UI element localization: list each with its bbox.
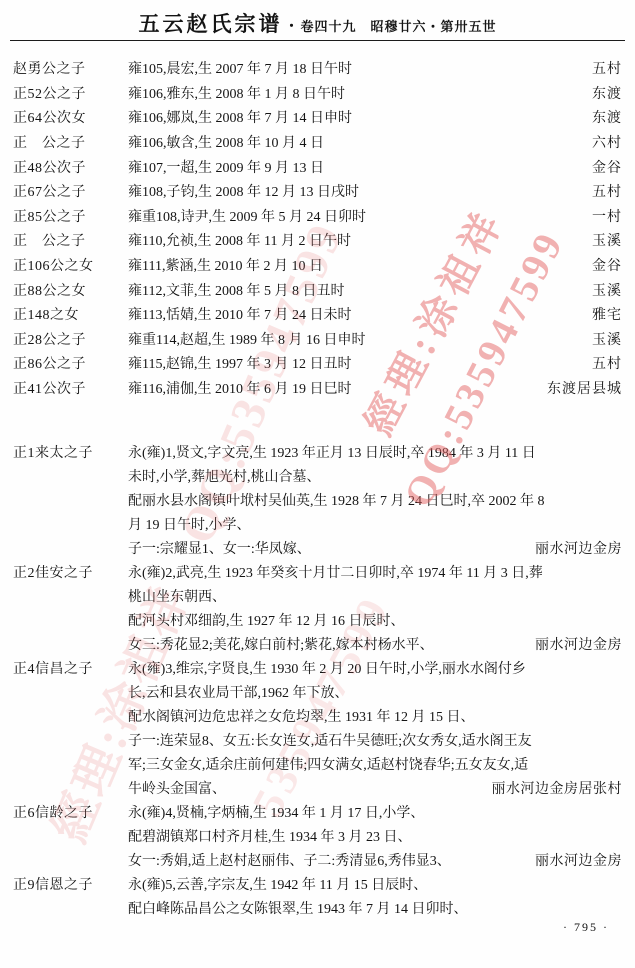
- person-birth-record: 雍105,晨宏,生 2007 年 7 月 18 日午时: [128, 58, 592, 78]
- father-label: 正148之女: [13, 304, 128, 324]
- residence-place: 一村: [592, 206, 622, 226]
- biography-line: 子一:宗耀显1、女一:华凤嫁、 丽水河边金房: [128, 538, 622, 562]
- biography-text: 永(雍)3,维宗,字贤良,生 1930 年 2 月 20 日午时,小学,丽水水阁…: [128, 658, 622, 802]
- birth-register-table: 赵勇公之子 雍105,晨宏,生 2007 年 7 月 18 日午时 五村 正52…: [13, 56, 622, 400]
- biography-text: 永(雍)2,武亮,生 1923 年癸亥十月廿二日卯时,卒 1974 年 11 月…: [128, 562, 622, 658]
- biography-line-text: 女三:秀花显2;美花,嫁白前村;紫花,嫁本村杨水平、: [128, 634, 434, 658]
- person-birth-record: 雍重108,诗尹,生 2009 年 5 月 24 日卯时: [128, 206, 592, 226]
- biography-line: 牛岭头金国富、 丽水河边金房居张村: [128, 778, 622, 802]
- biography-text: 永(雍)4,贤楠,字炳楠,生 1934 年 1 月 17 日,小学、 配碧湖镇郑…: [128, 802, 622, 874]
- person-birth-record: 雍106,雅东,生 2008 年 1 月 8 日午时: [128, 83, 592, 103]
- father-label: 正106公之女: [13, 255, 128, 275]
- biography-entry: 正6信龄之子 永(雍)4,贤楠,字炳楠,生 1934 年 1 月 17 日,小学…: [13, 802, 622, 874]
- person-birth-record: 雍110,允祯,生 2008 年 11 月 2 日午时: [128, 230, 592, 250]
- residence-place: 雅宅: [592, 304, 622, 324]
- register-row: 正 公之子 雍110,允祯,生 2008 年 11 月 2 日午时 玉溪: [13, 228, 622, 253]
- person-birth-record: 雍111,紫涵,生 2010 年 2 月 10 日: [128, 255, 592, 275]
- father-label: 正64公次女: [13, 107, 128, 127]
- residence-place: 五村: [592, 58, 622, 78]
- biography-line-text: 军;三女金女,适余庄前何建伟;四女满女,适赵村饶春华;五女友女,适: [128, 754, 528, 778]
- biography-line: 配丽水县水阁镇叶垘村吴仙英,生 1928 年 7 月 24 日巳时,卒 2002…: [128, 490, 622, 514]
- residence-place: 东渡居县城: [547, 378, 622, 398]
- register-row: 正88公之女 雍112,文菲,生 2008 年 5 月 8 日丑时 玉溪: [13, 277, 622, 302]
- biography-line: 配白峰陈品昌公之女陈银翠,生 1943 年 7 月 14 日卯时、: [128, 898, 622, 922]
- person-birth-record: 雍108,子钧,生 2008 年 12 月 13 日戌时: [128, 181, 592, 201]
- residence-place: 金谷: [592, 157, 622, 177]
- person-birth-record: 雍116,浦伽,生 2010 年 6 月 19 日巳时: [128, 378, 547, 398]
- biography-line-text: 永(雍)2,武亮,生 1923 年癸亥十月廿二日卯时,卒 1974 年 11 月…: [128, 562, 543, 586]
- father-label: 正2佳安之子: [13, 562, 128, 658]
- biography-line-text: 永(雍)3,维宗,字贤良,生 1930 年 2 月 20 日午时,小学,丽水水阁…: [128, 658, 526, 682]
- biography-line: 永(雍)5,云善,字宗友,生 1942 年 11 月 15 日辰时、: [128, 874, 622, 898]
- biography-section: 正1来太之子 永(雍)1,贤文,字文亮,生 1923 年正月 13 日辰时,卒 …: [13, 442, 622, 922]
- father-label: 正1来太之子: [13, 442, 128, 562]
- biography-line: 配河头村邓细韵,生 1927 年 12 月 16 日辰时、: [128, 610, 622, 634]
- register-row: 赵勇公之子 雍105,晨宏,生 2007 年 7 月 18 日午时 五村: [13, 56, 622, 81]
- biography-entry: 正4信昌之子 永(雍)3,维宗,字贤良,生 1930 年 2 月 20 日午时,…: [13, 658, 622, 802]
- father-label: 正67公之子: [13, 181, 128, 201]
- biography-line: 子一:连荣显8、女五:长女连女,适石牛吴德旺;次女秀女,适水阁王友: [128, 730, 622, 754]
- biography-line: 未时,小学,葬旭光村,桃山合墓、: [128, 466, 622, 490]
- father-label: 正88公之女: [13, 280, 128, 300]
- father-label: 正4信昌之子: [13, 658, 128, 802]
- biography-line-text: 子一:宗耀显1、女一:华凤嫁、: [128, 538, 311, 562]
- biography-line-text: 永(雍)4,贤楠,字炳楠,生 1934 年 1 月 17 日,小学、: [128, 802, 424, 826]
- branch-residence-note: 丽水河边金房: [527, 538, 622, 562]
- father-label: 正85公之子: [13, 206, 128, 226]
- father-label: 正41公次子: [13, 378, 128, 398]
- biography-line: 永(雍)3,维宗,字贤良,生 1930 年 2 月 20 日午时,小学,丽水水阁…: [128, 658, 622, 682]
- person-birth-record: 雍重114,赵超,生 1989 年 8 月 16 日申时: [128, 329, 592, 349]
- residence-place: 玉溪: [592, 230, 622, 250]
- page-header: 五云赵氏宗谱・卷四十九 昭穆廿六・第卅五世: [0, 8, 635, 38]
- residence-place: 五村: [592, 353, 622, 373]
- biography-line: 军;三女金女,适余庄前何建伟;四女满女,适赵村饶春华;五女友女,适: [128, 754, 622, 778]
- register-row: 正106公之女 雍111,紫涵,生 2010 年 2 月 10 日 金谷: [13, 253, 622, 278]
- biography-line-text: 长,云和县农业局干部,1962 年下放、: [128, 682, 349, 706]
- volume-subtitle: 卷四十九 昭穆廿六・第卅五世: [300, 19, 496, 34]
- title-separator-dot: ・: [284, 20, 298, 35]
- biography-line-text: 桃山坐东朝西、: [128, 586, 226, 610]
- biography-line: 女一:秀娟,适上赵村赵丽伟、子二:秀清显6,秀伟显3、 丽水河边金房: [128, 850, 622, 874]
- biography-text: 永(雍)5,云善,字宗友,生 1942 年 11 月 15 日辰时、 配白峰陈品…: [128, 874, 622, 922]
- biography-line-text: 配水阁镇河边危忠祥之女危均翠,生 1931 年 12 月 15 日、: [128, 706, 475, 730]
- register-row: 正41公次子 雍116,浦伽,生 2010 年 6 月 19 日巳时 东渡居县城: [13, 376, 622, 401]
- biography-line: 永(雍)4,贤楠,字炳楠,生 1934 年 1 月 17 日,小学、: [128, 802, 622, 826]
- biography-line-text: 永(雍)1,贤文,字文亮,生 1923 年正月 13 日辰时,卒 1984 年 …: [128, 442, 536, 466]
- biography-entry: 正1来太之子 永(雍)1,贤文,字文亮,生 1923 年正月 13 日辰时,卒 …: [13, 442, 622, 562]
- biography-text: 永(雍)1,贤文,字文亮,生 1923 年正月 13 日辰时,卒 1984 年 …: [128, 442, 622, 562]
- biography-line-text: 配白峰陈品昌公之女陈银翠,生 1943 年 7 月 14 日卯时、: [128, 898, 468, 922]
- biography-line-text: 牛岭头金国富、: [128, 778, 226, 802]
- biography-entry: 正2佳安之子 永(雍)2,武亮,生 1923 年癸亥十月廿二日卯时,卒 1974…: [13, 562, 622, 658]
- register-row: 正28公之子 雍重114,赵超,生 1989 年 8 月 16 日申时 玉溪: [13, 327, 622, 352]
- biography-line-text: 配河头村邓细韵,生 1927 年 12 月 16 日辰时、: [128, 610, 405, 634]
- residence-place: 玉溪: [592, 280, 622, 300]
- branch-residence-note: 丽水河边金房居张村: [484, 778, 623, 802]
- biography-line: 桃山坐东朝西、: [128, 586, 622, 610]
- father-label: 正28公之子: [13, 329, 128, 349]
- residence-place: 六村: [592, 132, 622, 152]
- register-row: 正64公次女 雍106,娜岚,生 2008 年 7 月 14 日申时 东渡: [13, 105, 622, 130]
- father-label: 正6信龄之子: [13, 802, 128, 874]
- register-row: 正148之女 雍113,恬婧,生 2010 年 7 月 24 日未时 雅宅: [13, 302, 622, 327]
- branch-residence-note: 丽水河边金房: [527, 850, 622, 874]
- biography-line: 月 19 日午时,小学、: [128, 514, 622, 538]
- register-row: 正86公之子 雍115,赵锦,生 1997 年 3 月 12 日丑时 五村: [13, 351, 622, 376]
- biography-line: 女三:秀花显2;美花,嫁白前村;紫花,嫁本村杨水平、 丽水河边金房: [128, 634, 622, 658]
- father-label: 正48公次子: [13, 157, 128, 177]
- person-birth-record: 雍115,赵锦,生 1997 年 3 月 12 日丑时: [128, 353, 592, 373]
- residence-place: 五村: [592, 181, 622, 201]
- residence-place: 东渡: [592, 83, 622, 103]
- father-label: 正 公之子: [13, 230, 128, 250]
- register-row: 正 公之子 雍106,敏含,生 2008 年 10 月 4 日 六村: [13, 130, 622, 155]
- biography-line: 配水阁镇河边危忠祥之女危均翠,生 1931 年 12 月 15 日、: [128, 706, 622, 730]
- father-label: 正86公之子: [13, 353, 128, 373]
- biography-line-text: 未时,小学,葬旭光村,桃山合墓、: [128, 466, 321, 490]
- biography-line: 永(雍)1,贤文,字文亮,生 1923 年正月 13 日辰时,卒 1984 年 …: [128, 442, 622, 466]
- branch-residence-note: 丽水河边金房: [527, 634, 622, 658]
- biography-line: 长,云和县农业局干部,1962 年下放、: [128, 682, 622, 706]
- biography-line-text: 月 19 日午时,小学、: [128, 514, 251, 538]
- biography-line: 配碧湖镇郑口村齐月桂,生 1934 年 3 月 23 日、: [128, 826, 622, 850]
- father-label: 赵勇公之子: [13, 58, 128, 78]
- register-row: 正85公之子 雍重108,诗尹,生 2009 年 5 月 24 日卯时 一村: [13, 204, 622, 229]
- person-birth-record: 雍112,文菲,生 2008 年 5 月 8 日丑时: [128, 280, 592, 300]
- biography-line: 永(雍)2,武亮,生 1923 年癸亥十月廿二日卯时,卒 1974 年 11 月…: [128, 562, 622, 586]
- register-row: 正48公次子 雍107,一超,生 2009 年 9 月 13 日 金谷: [13, 154, 622, 179]
- person-birth-record: 雍106,娜岚,生 2008 年 7 月 14 日申时: [128, 107, 592, 127]
- header-divider: [10, 40, 625, 41]
- register-row: 正52公之子 雍106,雅东,生 2008 年 1 月 8 日午时 东渡: [13, 81, 622, 106]
- father-label: 正52公之子: [13, 83, 128, 103]
- father-label: 正9信恩之子: [13, 874, 128, 922]
- biography-line-text: 子一:连荣显8、女五:长女连女,适石牛吴德旺;次女秀女,适水阁王友: [128, 730, 532, 754]
- person-birth-record: 雍107,一超,生 2009 年 9 月 13 日: [128, 157, 592, 177]
- person-birth-record: 雍113,恬婧,生 2010 年 7 月 24 日未时: [128, 304, 592, 324]
- biography-line-text: 配碧湖镇郑口村齐月桂,生 1934 年 3 月 23 日、: [128, 826, 412, 850]
- register-row: 正67公之子 雍108,子钧,生 2008 年 12 月 13 日戌时 五村: [13, 179, 622, 204]
- residence-place: 东渡: [592, 107, 622, 127]
- page-number: · 795 ·: [563, 920, 609, 935]
- book-title: 五云赵氏宗谱: [138, 12, 282, 36]
- father-label: 正 公之子: [13, 132, 128, 152]
- biography-line-text: 配丽水县水阁镇叶垘村吴仙英,生 1928 年 7 月 24 日巳时,卒 2002…: [128, 490, 545, 514]
- biography-line-text: 女一:秀娟,适上赵村赵丽伟、子二:秀清显6,秀伟显3、: [128, 850, 451, 874]
- residence-place: 玉溪: [592, 329, 622, 349]
- biography-entry: 正9信恩之子 永(雍)5,云善,字宗友,生 1942 年 11 月 15 日辰时…: [13, 874, 622, 922]
- person-birth-record: 雍106,敏含,生 2008 年 10 月 4 日: [128, 132, 592, 152]
- residence-place: 金谷: [592, 255, 622, 275]
- biography-line-text: 永(雍)5,云善,字宗友,生 1942 年 11 月 15 日辰时、: [128, 874, 427, 898]
